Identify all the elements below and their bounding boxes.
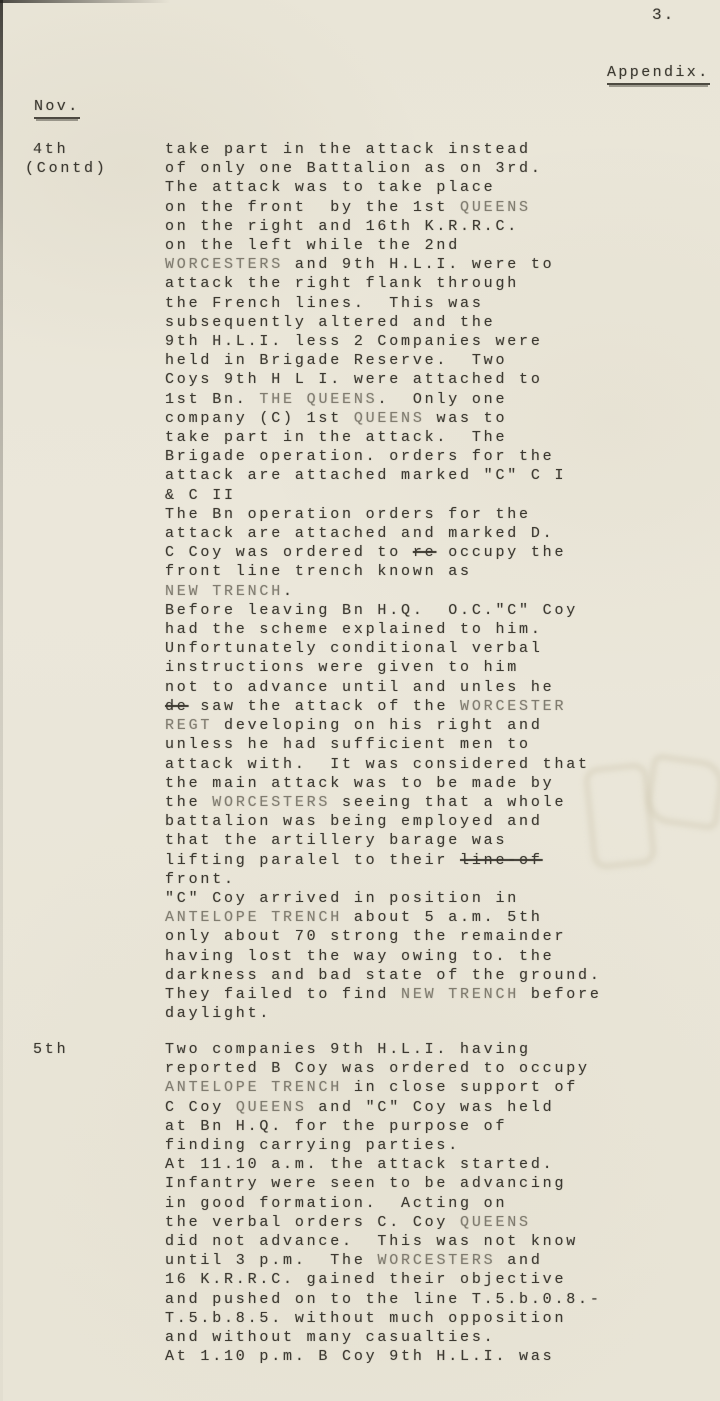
text-line: having lost the way owing to. the xyxy=(165,947,693,966)
text-line: the French lines. This was xyxy=(165,294,693,313)
text-line: take part in the attack. The xyxy=(165,428,693,447)
text-line: Coys 9th H L I. were attached to xyxy=(165,370,693,389)
text-line: on the front by the 1st QUEENS xyxy=(165,198,693,217)
text-line: the WORCESTERS seeing that a whole xyxy=(165,793,693,812)
page-edge-shadow-top xyxy=(0,0,170,3)
text-line: in good formation. Acting on xyxy=(165,1194,693,1213)
text-line: unless he had sufficient men to xyxy=(165,735,693,754)
text-line: lifting paralel to their line-of xyxy=(165,851,693,870)
appendix-heading: Appendix. xyxy=(607,63,710,85)
text-line: C Coy was ordered to re occupy the xyxy=(165,543,693,562)
entry-date: 4th xyxy=(33,140,108,159)
document-page: 3. Appendix. Nov. 4th(Contd)take part in… xyxy=(0,0,720,1401)
typed-caps-word: NEW xyxy=(401,986,436,1003)
typed-caps-word: WORCESTERS xyxy=(212,794,330,811)
text-line: the main attack was to be made by xyxy=(165,774,693,793)
text-line: did not advance. This was not know xyxy=(165,1232,693,1251)
typed-caps-word: TRENCH xyxy=(212,583,283,600)
text-line: of only one Battalion as on 3rd. xyxy=(165,159,693,178)
entry-date: 5th xyxy=(33,1040,68,1059)
struck-text: de xyxy=(165,698,189,715)
text-line: T.5.b.8.5. without much opposition xyxy=(165,1309,693,1328)
text-line: At 1.10 p.m. B Coy 9th H.L.I. was xyxy=(165,1347,693,1366)
text-line: The Bn operation orders for the xyxy=(165,505,693,524)
text-line: attack are attached marked "C" C I xyxy=(165,466,693,485)
text-line: The attack was to take place xyxy=(165,178,693,197)
text-line: 9th H.L.I. less 2 Companies were xyxy=(165,332,693,351)
text-line: "C" Coy arrived in position in xyxy=(165,889,693,908)
text-line: until 3 p.m. The WORCESTERS and xyxy=(165,1251,693,1270)
typed-caps-word: TRENCH xyxy=(271,909,342,926)
text-line: had the scheme explained to him. xyxy=(165,620,693,639)
text-line: front. xyxy=(165,870,693,889)
text-line: Before leaving Bn H.Q. O.C."C" Coy xyxy=(165,601,693,620)
text-line: on the left while the 2nd xyxy=(165,236,693,255)
typed-caps-word: ANTELOPE xyxy=(165,1079,259,1096)
text-line: attack are attached and marked D. xyxy=(165,524,693,543)
text-line: finding carrying parties. xyxy=(165,1136,693,1155)
text-line: daylight. xyxy=(165,1004,693,1023)
text-line: REGT developing on his right and xyxy=(165,716,693,735)
text-line: Unfortunately conditional verbal xyxy=(165,639,693,658)
typed-caps-word: WORCESTERS xyxy=(377,1252,495,1269)
text-line: ANTELOPE TRENCH about 5 a.m. 5th xyxy=(165,908,693,927)
page-edge-shadow-left xyxy=(0,0,3,1401)
text-line: subsequently altered and the xyxy=(165,313,693,332)
text-line: instructions were given to him xyxy=(165,658,693,677)
text-line: ANTELOPE TRENCH in close support of xyxy=(165,1078,693,1097)
struck-text: re xyxy=(413,544,437,561)
typed-caps-word: WORCESTERS xyxy=(165,256,283,273)
text-line: the verbal orders C. Coy QUEENS xyxy=(165,1213,693,1232)
text-line: held in Brigade Reserve. Two xyxy=(165,351,693,370)
text-line: & C II xyxy=(165,486,693,505)
typed-caps-word: QUEENS xyxy=(460,1214,531,1231)
text-line: At 11.10 a.m. the attack started. xyxy=(165,1155,693,1174)
typed-caps-word: WORCESTER xyxy=(460,698,566,715)
text-line: take part in the attack instead xyxy=(165,140,693,159)
text-line: de saw the attack of the WORCESTER xyxy=(165,697,693,716)
page-number: 3. xyxy=(652,6,675,25)
text-line: reported B Coy was ordered to occupy xyxy=(165,1059,693,1078)
text-line: 16 K.R.R.C. gained their objective xyxy=(165,1270,693,1289)
text-line: They failed to find NEW TRENCH before xyxy=(165,985,693,1004)
typed-caps-word: TRENCH xyxy=(271,1079,342,1096)
diary-entry: 5thTwo companies 9th H.L.I. havingreport… xyxy=(33,1040,693,1366)
text-line: front line trench known as xyxy=(165,562,693,581)
entry-date-column: 5th xyxy=(33,1040,68,1059)
text-line: Infantry were seen to be advancing xyxy=(165,1174,693,1193)
entry-date-contd: (Contd) xyxy=(25,159,108,178)
typed-caps-word: REGT xyxy=(165,717,212,734)
entry-body: Two companies 9th H.L.I. havingreported … xyxy=(165,1040,693,1366)
typed-caps-word: NEW xyxy=(165,583,200,600)
text-line: darkness and bad state of the ground. xyxy=(165,966,693,985)
typed-caps-word: QUEENS xyxy=(354,410,425,427)
text-line: 1st Bn. THE QUEENS. Only one xyxy=(165,390,693,409)
text-line: on the right and 16th K.R.R.C. xyxy=(165,217,693,236)
text-line: not to advance until and unles he xyxy=(165,678,693,697)
text-line: Brigade operation. orders for the xyxy=(165,447,693,466)
text-line: and pushed on to the line T.5.b.0.8.- xyxy=(165,1290,693,1309)
text-line: Two companies 9th H.L.I. having xyxy=(165,1040,693,1059)
typed-caps-word: QUEENS xyxy=(460,199,531,216)
typed-caps-word: ANTELOPE xyxy=(165,909,259,926)
text-line: C Coy QUEENS and "C" Coy was held xyxy=(165,1098,693,1117)
typed-caps-word: QUEENS xyxy=(236,1099,307,1116)
typed-caps-word: THE xyxy=(259,391,294,408)
month-heading: Nov. xyxy=(34,97,80,119)
text-line: WORCESTERS and 9th H.L.I. were to xyxy=(165,255,693,274)
text-line: at Bn H.Q. for the purpose of xyxy=(165,1117,693,1136)
text-line: that the artillery barage was xyxy=(165,831,693,850)
text-line: NEW TRENCH. xyxy=(165,582,693,601)
typed-caps-word: TRENCH xyxy=(448,986,519,1003)
entry-body: take part in the attack insteadof only o… xyxy=(165,140,693,1023)
text-line: attack the right flank through xyxy=(165,274,693,293)
entry-date-column: 4th(Contd) xyxy=(33,140,108,178)
text-line: attack with. It was considered that xyxy=(165,755,693,774)
text-line: battalion was being employed and xyxy=(165,812,693,831)
typed-caps-word: QUEENS xyxy=(307,391,378,408)
struck-text: line-of xyxy=(460,852,543,869)
text-line: only about 70 strong the remainder xyxy=(165,927,693,946)
text-line: company (C) 1st QUEENS was to xyxy=(165,409,693,428)
text-line: and without many casualties. xyxy=(165,1328,693,1347)
diary-entry: 4th(Contd)take part in the attack instea… xyxy=(33,140,693,1023)
